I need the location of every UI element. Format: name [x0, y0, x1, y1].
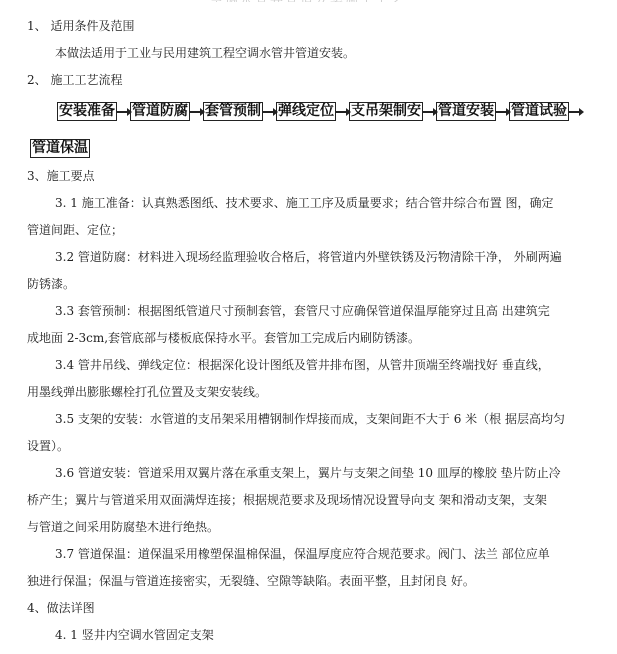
flow-step-8: 管道保温: [30, 139, 90, 158]
paragraph-3-6-line-1: 3.6 管道安装：管道采用双翼片落在承重支架上，翼片与支架之间垫 10 皿厚的橡…: [55, 466, 561, 480]
section-4-heading: 4、做法详图: [27, 601, 95, 615]
paragraph-3-3-line-1: 3.3 套管预制：根据图纸管道尺寸预制套管，套管尺寸应确保管道保温厚能穿过且高 …: [55, 304, 550, 318]
arrow-right-icon: [117, 111, 130, 113]
flow-step-1: 安装准备: [57, 102, 117, 121]
paragraph-3-3-line-2: 成地面 2-3cm,套管底部与楼板底保持水平。套管加工完成后内刷防锈漆。: [27, 331, 420, 345]
paragraph-3-5-line-2: 设置）。: [27, 439, 69, 453]
paragraph-3-2-line-2: 防锈漆。: [27, 277, 75, 291]
paragraph-3-1-line-1: 3. 1 施工准备：认真熟悉图纸、技术要求、施工工序及质量要求；结合管井综合布置…: [55, 196, 554, 210]
arrow-right-icon: [423, 111, 436, 113]
flow-step-5: 支吊架制安: [349, 102, 423, 121]
paragraph-3-7-line-2: 独进行保温；保温与管道连接密实，无裂缝、空隙等缺陷。表面平整，且封闭良 好。: [27, 574, 475, 588]
flow-step-6: 管道安装: [436, 102, 496, 121]
process-flow: 安装准备 管道防腐 套管预制 弹线定位 支吊架制安 管道安装 管道试验: [57, 102, 582, 121]
paragraph-3-4-line-1: 3.4 管井吊线、弹线定位：根据深化设计图纸及管井排布图，从管井顶端至终端找好 …: [55, 358, 550, 372]
paragraph-3-5-line-1: 3.5 支架的安装：水管道的支吊架采用槽钢制作焊接而成，支架间距不大于 6 米（…: [55, 412, 565, 426]
paragraph-3-2-line-1: 3.2 管道防腐：材料进入现场经监理验收合格后，将管道内外壁铁锈及污物清除干净，…: [55, 250, 562, 264]
section-1-heading: 1、 适用条件及范围: [27, 19, 134, 33]
paragraph-4-1: 4. 1 竖井内空调水管固定支架: [55, 628, 214, 642]
paragraph-3-1-line-2: 管道间距、定位；: [27, 223, 123, 237]
paragraph-3-7-line-1: 3.7 管道保温：道保温采用橡塑保温棉保温，保温厚度应符合规范要求。阀门、法兰 …: [55, 547, 550, 561]
page-title-partial: 空调水管井管道安装施工工艺: [210, 0, 410, 2]
paragraph-3-6-line-3: 与管道之间采用防腐垫木进行绝热。: [27, 520, 219, 534]
flow-step-3: 套管预制: [203, 102, 263, 121]
arrow-right-icon: [496, 111, 509, 113]
flow-step-7: 管道试验: [509, 102, 569, 121]
arrow-right-icon: [263, 111, 276, 113]
paragraph-3-4-line-2: 用墨线弹出膨胀螺栓打孔位置及支架安装线。: [27, 385, 267, 399]
section-2-heading: 2、 施工工艺流程: [27, 73, 122, 87]
flow-step-4: 弹线定位: [276, 102, 336, 121]
arrow-right-icon: [336, 111, 349, 113]
paragraph-3-6-line-2: 桥产生；翼片与管道采用双面满焊连接；根据规范要求及现场情况设置导向支 架和滑动支…: [27, 493, 547, 507]
arrow-right-icon: [190, 111, 203, 113]
arrow-right-icon: [569, 111, 582, 113]
flow-step-2: 管道防腐: [130, 102, 190, 121]
section-3-heading: 3、施工要点: [27, 169, 95, 183]
section-1-body: 本做法适用于工业与民用建筑工程空调水管井管道安装。: [55, 46, 355, 60]
